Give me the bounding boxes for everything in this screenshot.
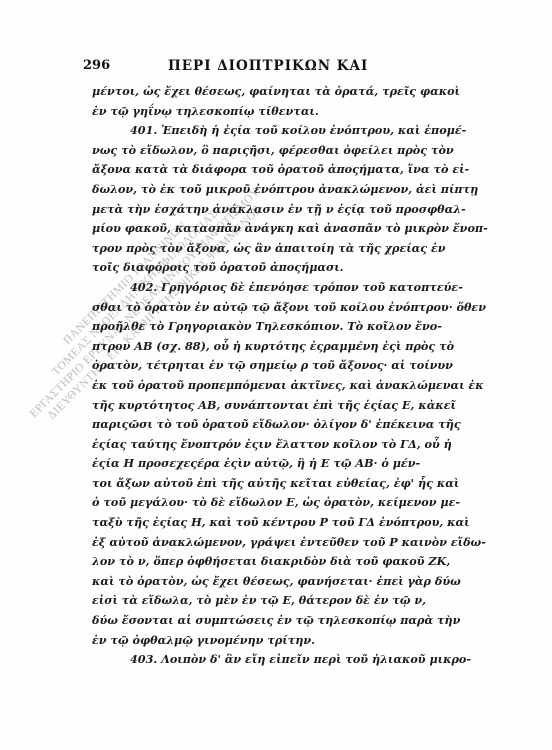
paragraph-401-start: 401. Ἐπειδὴ ἡ ἑςία τοῦ κοίλου ἐνόπτρου, … xyxy=(92,121,410,141)
text-line: καὶ τὸ ὁρατὸν, ὡς ἔχει θέσεως, φανήσεται… xyxy=(92,572,410,592)
text-line: νως τὸ εἴδωλον, ὃ παριςῆσι, φέρεσθαι ὀφε… xyxy=(92,141,410,161)
text-line: δύω ἔσονται αἱ συμπτώσεις ἐν τῷ τηλεσκοπ… xyxy=(92,611,410,631)
text-line: μετὰ τὴν ἐσχάτην ἀνάκλασιν ἐν τῇ ν ἑςίᾳ … xyxy=(92,200,410,220)
scanned-page: ΠΑΝΕΠΙΣΤΗΜΙΟ ΙΩΑΝΝΙΝΩΝ ΤΟΜΕΑΣ ΝΕΟΕΛΛΗΝΙΚ… xyxy=(0,0,552,750)
text-line: προῆλθε τὸ Γρηγοριακὸν Τηλεσκόπιον. Τὸ κ… xyxy=(92,317,410,337)
text-line: ἑςία Η προσεχεςέρα ἐςὶν αὐτῷ, ἢ ἡ Ε τῷ Α… xyxy=(92,454,410,474)
page-number: 296 xyxy=(83,58,110,73)
text-line: ἐν τῷ ὀφθαλμῷ γινομένην τρίτην. xyxy=(92,631,410,651)
text-line: ἐκ τοῦ ὁρατοῦ προπεμπόμεναι ἀκτῖνες, καὶ… xyxy=(92,376,410,396)
text-line: ὁ τοῦ μεγάλου· τὸ δὲ εἴδωλον Ε, ὡς ὁρατὸ… xyxy=(92,493,410,513)
text-line: μέντοι, ὡς ἔχει θέσεως, φαίνηται τὰ ὁρατ… xyxy=(92,82,410,102)
page-header: 296 ΠΕΡΙ ΔΙΟΠΤΡΙΚΩΝ ΚΑΙ xyxy=(83,58,413,78)
text-line: τρον πρὸς τὸν ἄξονα, ὡς ἂν ἀπαιτοίη τὰ τ… xyxy=(92,239,410,259)
text-line: ἐν τῷ γηΐνῳ τηλεσκοπίῳ τίθενται. xyxy=(92,102,410,122)
text-line: ἐξ αὐτοῦ ἀνακλώμενον, γράψει ἐντεῦθεν το… xyxy=(92,533,410,553)
text-line: ταξὺ τῆς ἑςίας Η, καὶ τοῦ κέντρου Ρ τοῦ … xyxy=(92,513,410,533)
text-line: ἄξονα κατὰ τὰ διάφορα τοῦ ὁρατοῦ ἀποςήμα… xyxy=(92,160,410,180)
body-text: μέντοι, ὡς ἔχει θέσεως, φαίνηται τὰ ὁρατ… xyxy=(92,82,410,670)
text-line: πτρον ΑΒ (σχ. 88), οὗ ἡ κυρτότης ἐςραμμέ… xyxy=(92,337,410,357)
text-line: λον τὸ ν, ὅπερ ὀφθήσεται διακριδὸν διὰ τ… xyxy=(92,552,410,572)
text-line: σθαι τὸ ὁρατὸν ἐν αὐτῷ τῷ ἄξονι τοῦ κοίλ… xyxy=(92,298,410,318)
text-line: παριςῶσι τὸ τοῦ ὁρατοῦ εἴδωλον· ὀλίγον δ… xyxy=(92,415,410,435)
text-line: τοι ἄξων αὐτοῦ ἐπὶ τῆς αὐτῆς κεῖται εὐθε… xyxy=(92,474,410,494)
paragraph-402-start: 402. Γρηγόριος δὲ ἐπενόησε τρόπον τοῦ κα… xyxy=(92,278,410,298)
running-head: ΠΕΡΙ ΔΙΟΠΤΡΙΚΩΝ ΚΑΙ xyxy=(168,58,368,74)
text-line: τοῖς διαφόροις τοῦ ὁρατοῦ ἀποςήμασι. xyxy=(92,258,410,278)
text-line: ἑςίας ταύτης ἔνοπτρόν ἐςιν ἔλαττον κοῖλο… xyxy=(92,435,410,455)
text-line: ὁρατὸν, τέτρηται ἐν τῷ σημείῳ ρ τοῦ ἄξον… xyxy=(92,356,410,376)
text-line: δωλον, τὸ ἐκ τοῦ μικροῦ ἐνόπτρου ἀνακλώμ… xyxy=(92,180,410,200)
text-line: εἰσὶ τὰ εἴδωλα, τὸ μὲν ἐν τῷ Ε, θάτερον … xyxy=(92,591,410,611)
text-line: τῆς κυρτότητος ΑΒ, συνάπτονται ἐπὶ τῆς ἑ… xyxy=(92,396,410,416)
paragraph-403-start: 403. Λοιπὸν δ' ἂν εἴη εἰπεῖν περὶ τοῦ ἡλ… xyxy=(92,650,410,670)
text-line: μίου φακοῦ, κατασπᾶν ἀνάγκη καὶ ἀνασπᾶν … xyxy=(92,219,410,239)
